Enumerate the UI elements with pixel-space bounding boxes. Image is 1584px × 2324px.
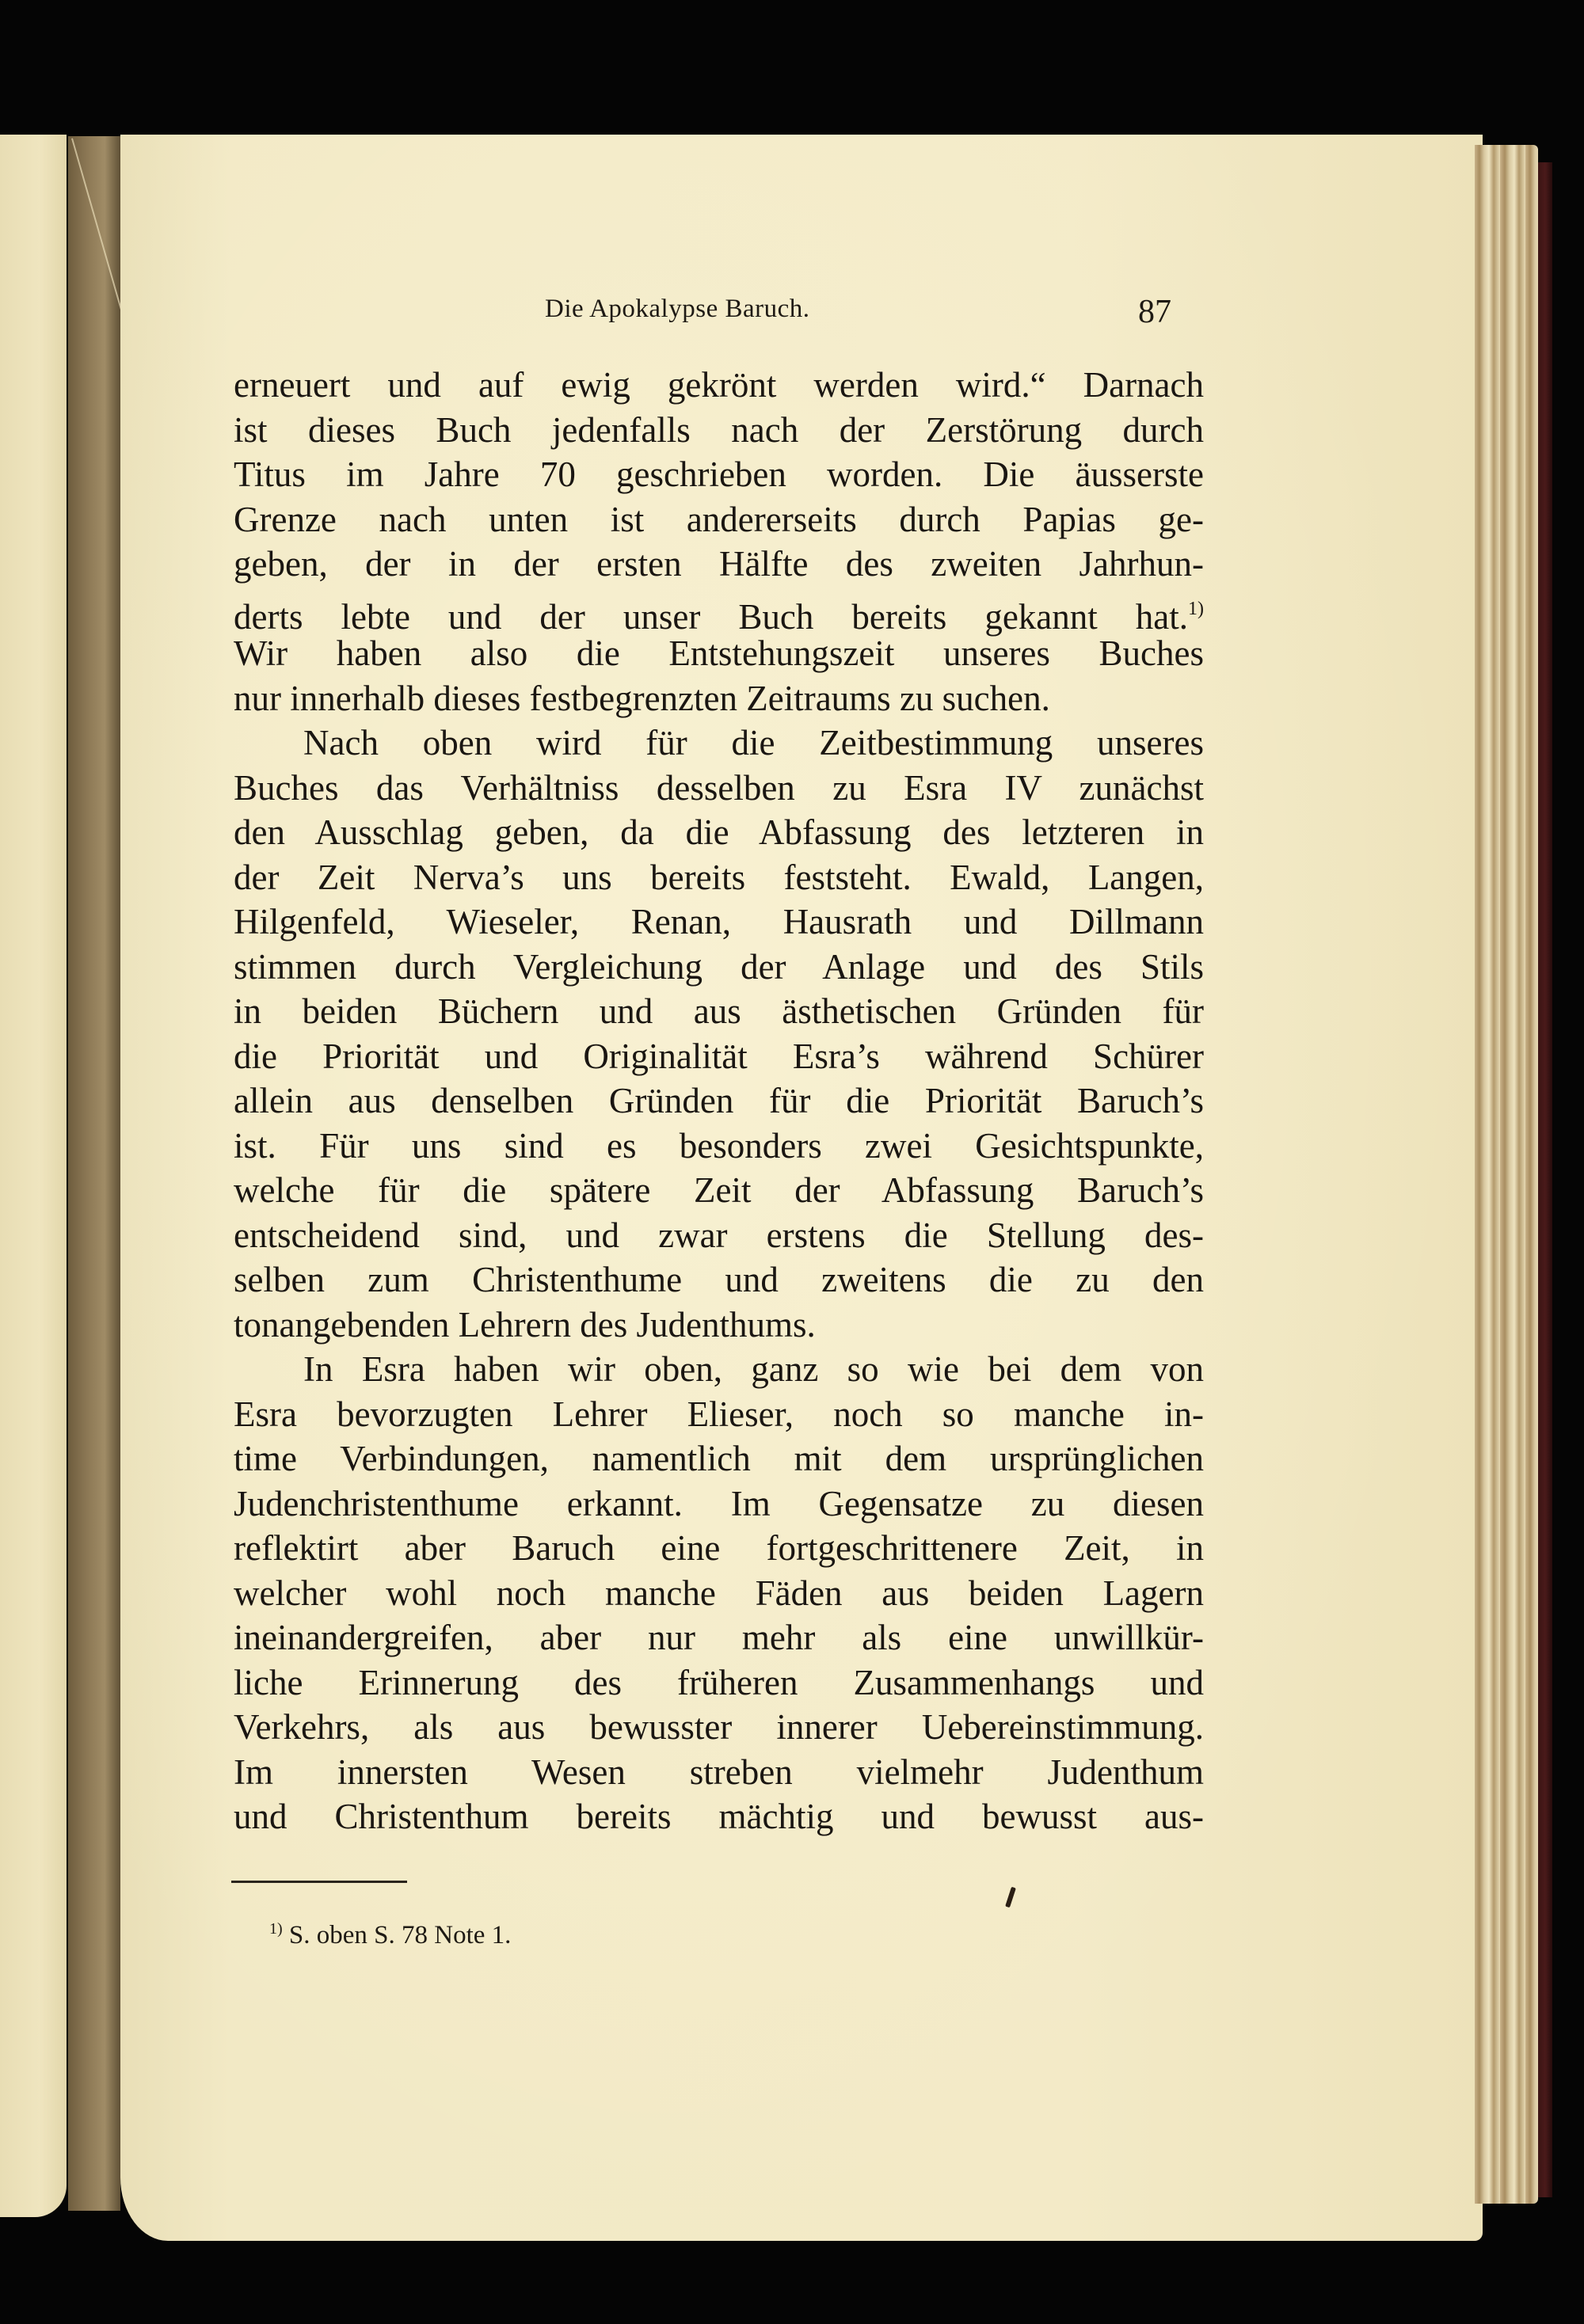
text-line: Im innersten Wesen streben vielmehr Jude…	[234, 1750, 1204, 1795]
text-line-content: allein aus denselben Gründen für die Pri…	[234, 1081, 1204, 1120]
text-line: ist. Für uns sind es besonders zwei Gesi…	[234, 1124, 1204, 1169]
text-line: Judenchristenthume erkannt. Im Gegensatz…	[234, 1482, 1204, 1527]
text-line: die Priorität und Originalität Esra’s wä…	[234, 1034, 1204, 1079]
text-line-content: welche für die spätere Zeit der Abfassun…	[234, 1170, 1204, 1210]
text-line-content: Verkehrs, als aus bewusster innerer Uebe…	[234, 1707, 1204, 1747]
text-line-content: Titus im Jahre 70 geschrieben worden. Di…	[234, 455, 1204, 494]
text-line-content: reflektirt aber Baruch eine fortgeschrit…	[234, 1528, 1204, 1568]
text-line: und Christenthum bereits mächtig und bew…	[234, 1794, 1204, 1839]
running-title: Die Apokalypse Baruch.	[545, 295, 810, 324]
running-head: Die Apokalypse Baruch. 87	[0, 295, 1584, 342]
book-gutter	[68, 136, 120, 2211]
text-line-content: und Christenthum bereits mächtig und bew…	[234, 1797, 1204, 1836]
text-line-content: nur innerhalb dieses festbegrenzten Zeit…	[234, 679, 1050, 718]
text-line: Buches das Verhältniss desselben zu Esra…	[234, 766, 1204, 811]
text-line-content: Grenze nach unten ist andererseits durch…	[234, 500, 1204, 539]
text-line: selben zum Christenthume und zweitens di…	[234, 1257, 1204, 1303]
text-line: stimmen durch Vergleichung der Anlage un…	[234, 945, 1204, 990]
text-line-content: ineinandergreifen, aber nur mehr als ein…	[234, 1618, 1204, 1657]
text-line-content: Esra bevorzugten Lehrer Elieser, noch so…	[234, 1394, 1204, 1434]
text-line-content: selben zum Christenthume und zweitens di…	[234, 1260, 1204, 1299]
text-line-content: entscheidend sind, und zwar erstens die …	[234, 1215, 1204, 1255]
footnote-text: S. oben S. 78 Note 1.	[289, 1921, 512, 1949]
book-cover-edge	[1538, 162, 1552, 2197]
text-line: time Verbindungen, namentlich mit dem ur…	[234, 1436, 1204, 1482]
text-line: erneuert und auf ewig gekrönt werden wir…	[234, 363, 1204, 408]
text-line: den Ausschlag geben, da die Abfassung de…	[234, 810, 1204, 855]
body-text: erneuert und auf ewig gekrönt werden wir…	[234, 363, 1204, 1839]
text-line: Wir haben also die Entstehungszeit unser…	[234, 631, 1204, 676]
text-line: Titus im Jahre 70 geschrieben worden. Di…	[234, 452, 1204, 497]
text-line-content: derts lebte und der unser Buch bereits g…	[234, 597, 1188, 637]
facing-page-edge	[0, 135, 67, 2217]
text-line-content: tonangebenden Lehrern des Judenthums.	[234, 1305, 816, 1345]
text-line-content: Im innersten Wesen streben vielmehr Jude…	[234, 1752, 1204, 1792]
page-fore-edge	[1475, 145, 1538, 2204]
text-line-content: Buches das Verhältniss desselben zu Esra…	[234, 768, 1204, 808]
text-line-content: time Verbindungen, namentlich mit dem ur…	[234, 1439, 1204, 1478]
text-line-content: Wir haben also die Entstehungszeit unser…	[234, 633, 1204, 673]
text-line: ist dieses Buch jedenfalls nach der Zers…	[234, 408, 1204, 453]
text-line: allein aus denselben Gründen für die Pri…	[234, 1078, 1204, 1124]
text-line-content: ist. Für uns sind es besonders zwei Gesi…	[234, 1126, 1204, 1166]
text-line: geben, der in der ersten Hälfte des zwei…	[234, 542, 1204, 587]
text-line: nur innerhalb dieses festbegrenzten Zeit…	[234, 676, 1204, 721]
footnote: 1) S. oben S. 78 Note 1.	[269, 1920, 511, 1950]
text-line-content: stimmen durch Vergleichung der Anlage un…	[234, 947, 1204, 987]
text-line: Esra bevorzugten Lehrer Elieser, noch so…	[234, 1392, 1204, 1437]
text-line: Verkehrs, als aus bewusster innerer Uebe…	[234, 1705, 1204, 1750]
text-line: entscheidend sind, und zwar erstens die …	[234, 1213, 1204, 1258]
text-line-content: der Zeit Nerva’s uns bereits feststeht. …	[234, 858, 1204, 897]
text-line-content: welcher wohl noch manche Fäden aus beide…	[234, 1573, 1204, 1613]
text-line: reflektirt aber Baruch eine fortgeschrit…	[234, 1526, 1204, 1571]
text-line: der Zeit Nerva’s uns bereits feststeht. …	[234, 855, 1204, 900]
text-line-content: ist dieses Buch jedenfalls nach der Zers…	[234, 410, 1204, 450]
text-line-content: Nach oben wird für die Zeitbestimmung un…	[303, 723, 1204, 763]
text-line-content: in beiden Büchern und aus ästhetischen G…	[234, 991, 1204, 1031]
text-line-content: den Ausschlag geben, da die Abfassung de…	[234, 812, 1204, 852]
text-line: in beiden Büchern und aus ästhetischen G…	[234, 989, 1204, 1034]
text-line: In Esra haben wir oben, ganz so wie bei …	[234, 1347, 1204, 1392]
text-line-content: liche Erinnerung des früheren Zusammenha…	[234, 1663, 1204, 1702]
text-line: Hilgenfeld, Wieseler, Renan, Hausrath un…	[234, 900, 1204, 945]
text-line-content: erneuert und auf ewig gekrönt werden wir…	[234, 365, 1204, 405]
text-line: Grenze nach unten ist andererseits durch…	[234, 497, 1204, 542]
text-line-content: die Priorität und Originalität Esra’s wä…	[234, 1036, 1204, 1076]
page-number: 87	[1138, 293, 1171, 331]
footnote-reference: 1)	[1188, 599, 1204, 619]
text-line-content: In Esra haben wir oben, ganz so wie bei …	[303, 1349, 1204, 1389]
footnote-rule	[231, 1881, 407, 1883]
text-line-content: Hilgenfeld, Wieseler, Renan, Hausrath un…	[234, 902, 1204, 941]
text-line-content: geben, der in der ersten Hälfte des zwei…	[234, 544, 1204, 584]
text-line: derts lebte und der unser Buch bereits g…	[234, 587, 1204, 632]
text-line: liche Erinnerung des früheren Zusammenha…	[234, 1660, 1204, 1706]
text-line: welcher wohl noch manche Fäden aus beide…	[234, 1571, 1204, 1616]
text-line: welche für die spätere Zeit der Abfassun…	[234, 1168, 1204, 1213]
text-line-content: Judenchristenthume erkannt. Im Gegensatz…	[234, 1484, 1204, 1523]
footnote-marker: 1)	[269, 1920, 283, 1938]
text-line: Nach oben wird für die Zeitbestimmung un…	[234, 721, 1204, 766]
text-line: ineinandergreifen, aber nur mehr als ein…	[234, 1615, 1204, 1660]
text-line: tonangebenden Lehrern des Judenthums.	[234, 1303, 1204, 1348]
